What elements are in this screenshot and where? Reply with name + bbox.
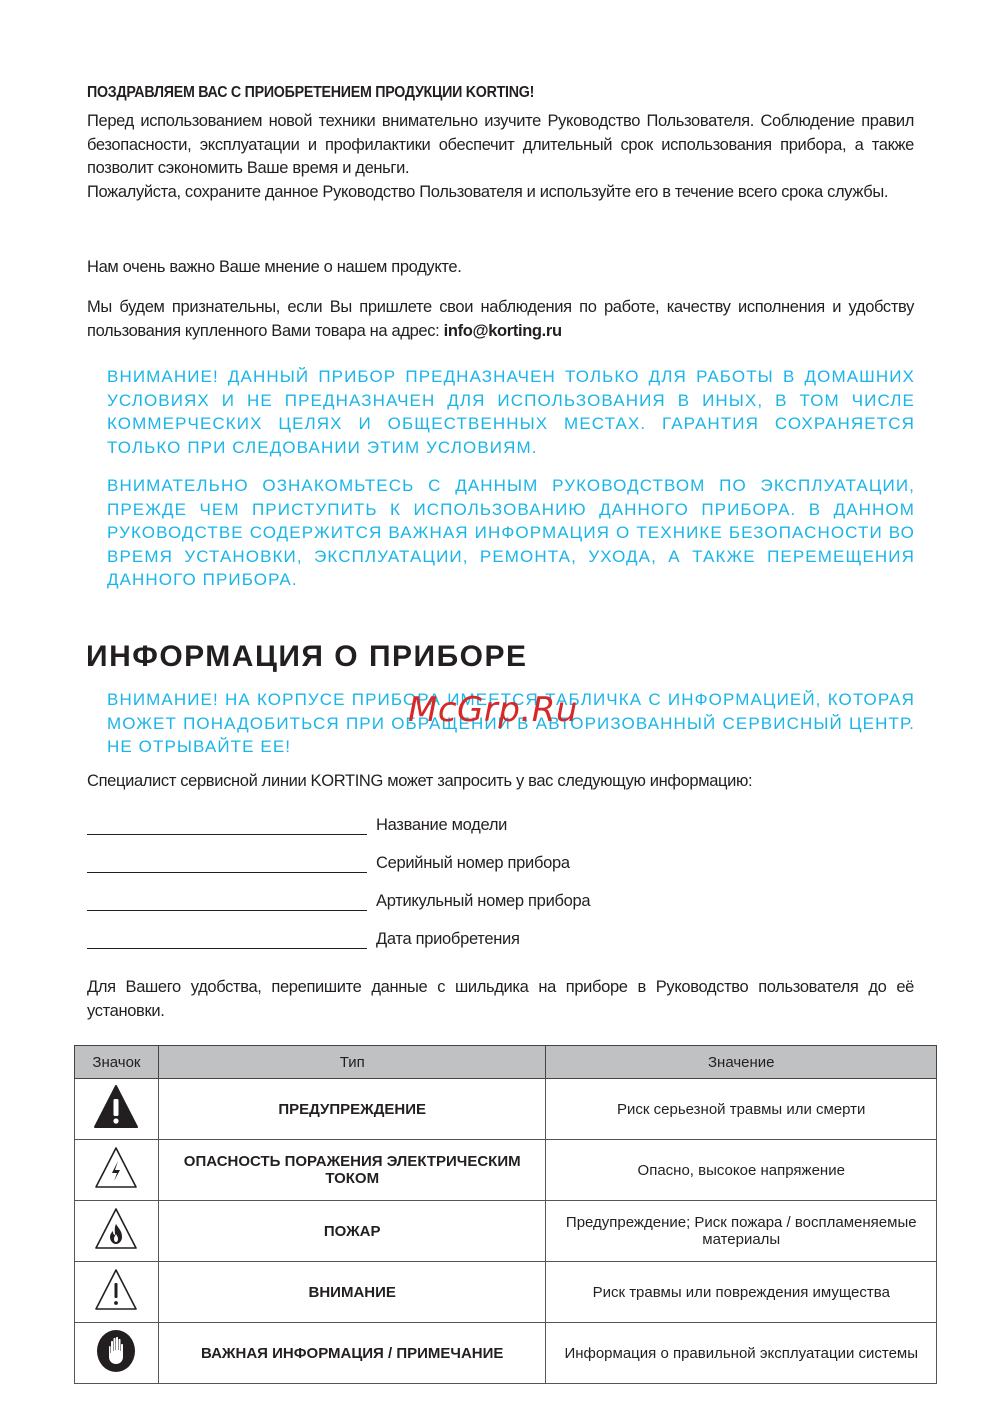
field-serial-number: Серийный номер прибора — [87, 854, 570, 878]
meaning-cell: Риск серьезной травмы или смерти — [546, 1079, 937, 1140]
type-cell: ВНИМАНИЕ — [158, 1262, 546, 1323]
meaning-cell: Опасно, высокое напряжение — [546, 1140, 937, 1201]
intro-paragraph-4: Мы будем признательны, если Вы пришлете … — [87, 296, 914, 343]
field-label: Название модели — [376, 816, 507, 834]
table-row: ВНИМАНИЕ Риск травмы или повреждения иму… — [75, 1262, 937, 1323]
section-title-device-info: ИНФОРМАЦИЯ О ПРИБОРЕ — [86, 640, 528, 674]
manual-page: ПОЗДРАВЛЯЕМ ВАС С ПРИОБРЕТЕНИЕМ ПРОДУКЦИ… — [0, 0, 1000, 1419]
field-model-name: Название модели — [87, 816, 507, 840]
fire-icon — [91, 1204, 141, 1254]
symbols-legend-table: Значок Тип Значение ПРЕДУПРЕЖДЕНИЕ Риск … — [74, 1045, 937, 1384]
header-icon: Значок — [75, 1046, 159, 1079]
intro-paragraph-3: Нам очень важно Ваше мнение о нашем прод… — [87, 256, 914, 280]
field-label: Артикульный номер прибора — [376, 892, 590, 910]
field-article-number: Артикульный номер прибора — [87, 892, 590, 916]
meaning-cell: Информация о правильной эксплуатации сис… — [546, 1323, 937, 1384]
meaning-cell: Риск травмы или повреждения имущества — [546, 1262, 937, 1323]
type-cell: ПРЕДУПРЕЖДЕНИЕ — [158, 1079, 546, 1140]
warning-filled-icon — [91, 1082, 141, 1132]
copy-note: Для Вашего удобства, перепишите данные с… — [87, 976, 914, 1023]
caution-outline-icon — [91, 1265, 141, 1315]
serial-number-input-line[interactable] — [87, 854, 367, 873]
watermark: McGrp.Ru — [408, 690, 578, 730]
header-type: Тип — [158, 1046, 546, 1079]
table-row: ПОЖАР Предупреждение; Риск пожара / восп… — [75, 1201, 937, 1262]
type-cell: ВАЖНАЯ ИНФОРМАЦИЯ / ПРИМЕЧАНИЕ — [158, 1323, 546, 1384]
field-label: Серийный номер прибора — [376, 854, 570, 872]
article-number-input-line[interactable] — [87, 892, 367, 911]
table-row: ПРЕДУПРЕЖДЕНИЕ Риск серьезной травмы или… — [75, 1079, 937, 1140]
service-note: Специалист сервисной линии KORTING может… — [87, 770, 914, 794]
type-cell: ОПАСНОСТЬ ПОРАЖЕНИЯ ЭЛЕКТРИЧЕСКИМ ТОКОМ — [158, 1140, 546, 1201]
congrats-title: ПОЗДРАВЛЯЕМ ВАС С ПРИОБРЕТЕНИЕМ ПРОДУКЦИ… — [87, 84, 534, 102]
meaning-cell: Предупреждение; Риск пожара / воспламеня… — [546, 1201, 937, 1262]
model-name-input-line[interactable] — [87, 816, 367, 835]
table-row: ВАЖНАЯ ИНФОРМАЦИЯ / ПРИМЕЧАНИЕ Информаци… — [75, 1323, 937, 1384]
intro-paragraph-2: Пожалуйста, сохраните данное Руководство… — [87, 181, 914, 205]
electric-shock-icon — [91, 1143, 141, 1193]
warning-home-use: ВНИМАНИЕ! ДАННЫЙ ПРИБОР ПРЕДНАЗНАЧЕН ТОЛ… — [107, 365, 915, 459]
header-meaning: Значение — [546, 1046, 937, 1079]
purchase-date-input-line[interactable] — [87, 930, 367, 949]
intro-paragraph-1: Перед использованием новой техники внима… — [87, 110, 914, 181]
email-link[interactable]: info@korting.ru — [444, 322, 562, 340]
type-cell: ПОЖАР — [158, 1201, 546, 1262]
warning-read-manual: ВНИМАТЕЛЬНО ОЗНАКОМЬТЕСЬ С ДАННЫМ РУКОВО… — [107, 474, 915, 592]
field-purchase-date: Дата приобретения — [87, 930, 520, 954]
table-row: ОПАСНОСТЬ ПОРАЖЕНИЯ ЭЛЕКТРИЧЕСКИМ ТОКОМ … — [75, 1140, 937, 1201]
table-header-row: Значок Тип Значение — [75, 1046, 937, 1079]
stop-hand-icon — [91, 1326, 141, 1376]
field-label: Дата приобретения — [376, 930, 520, 948]
